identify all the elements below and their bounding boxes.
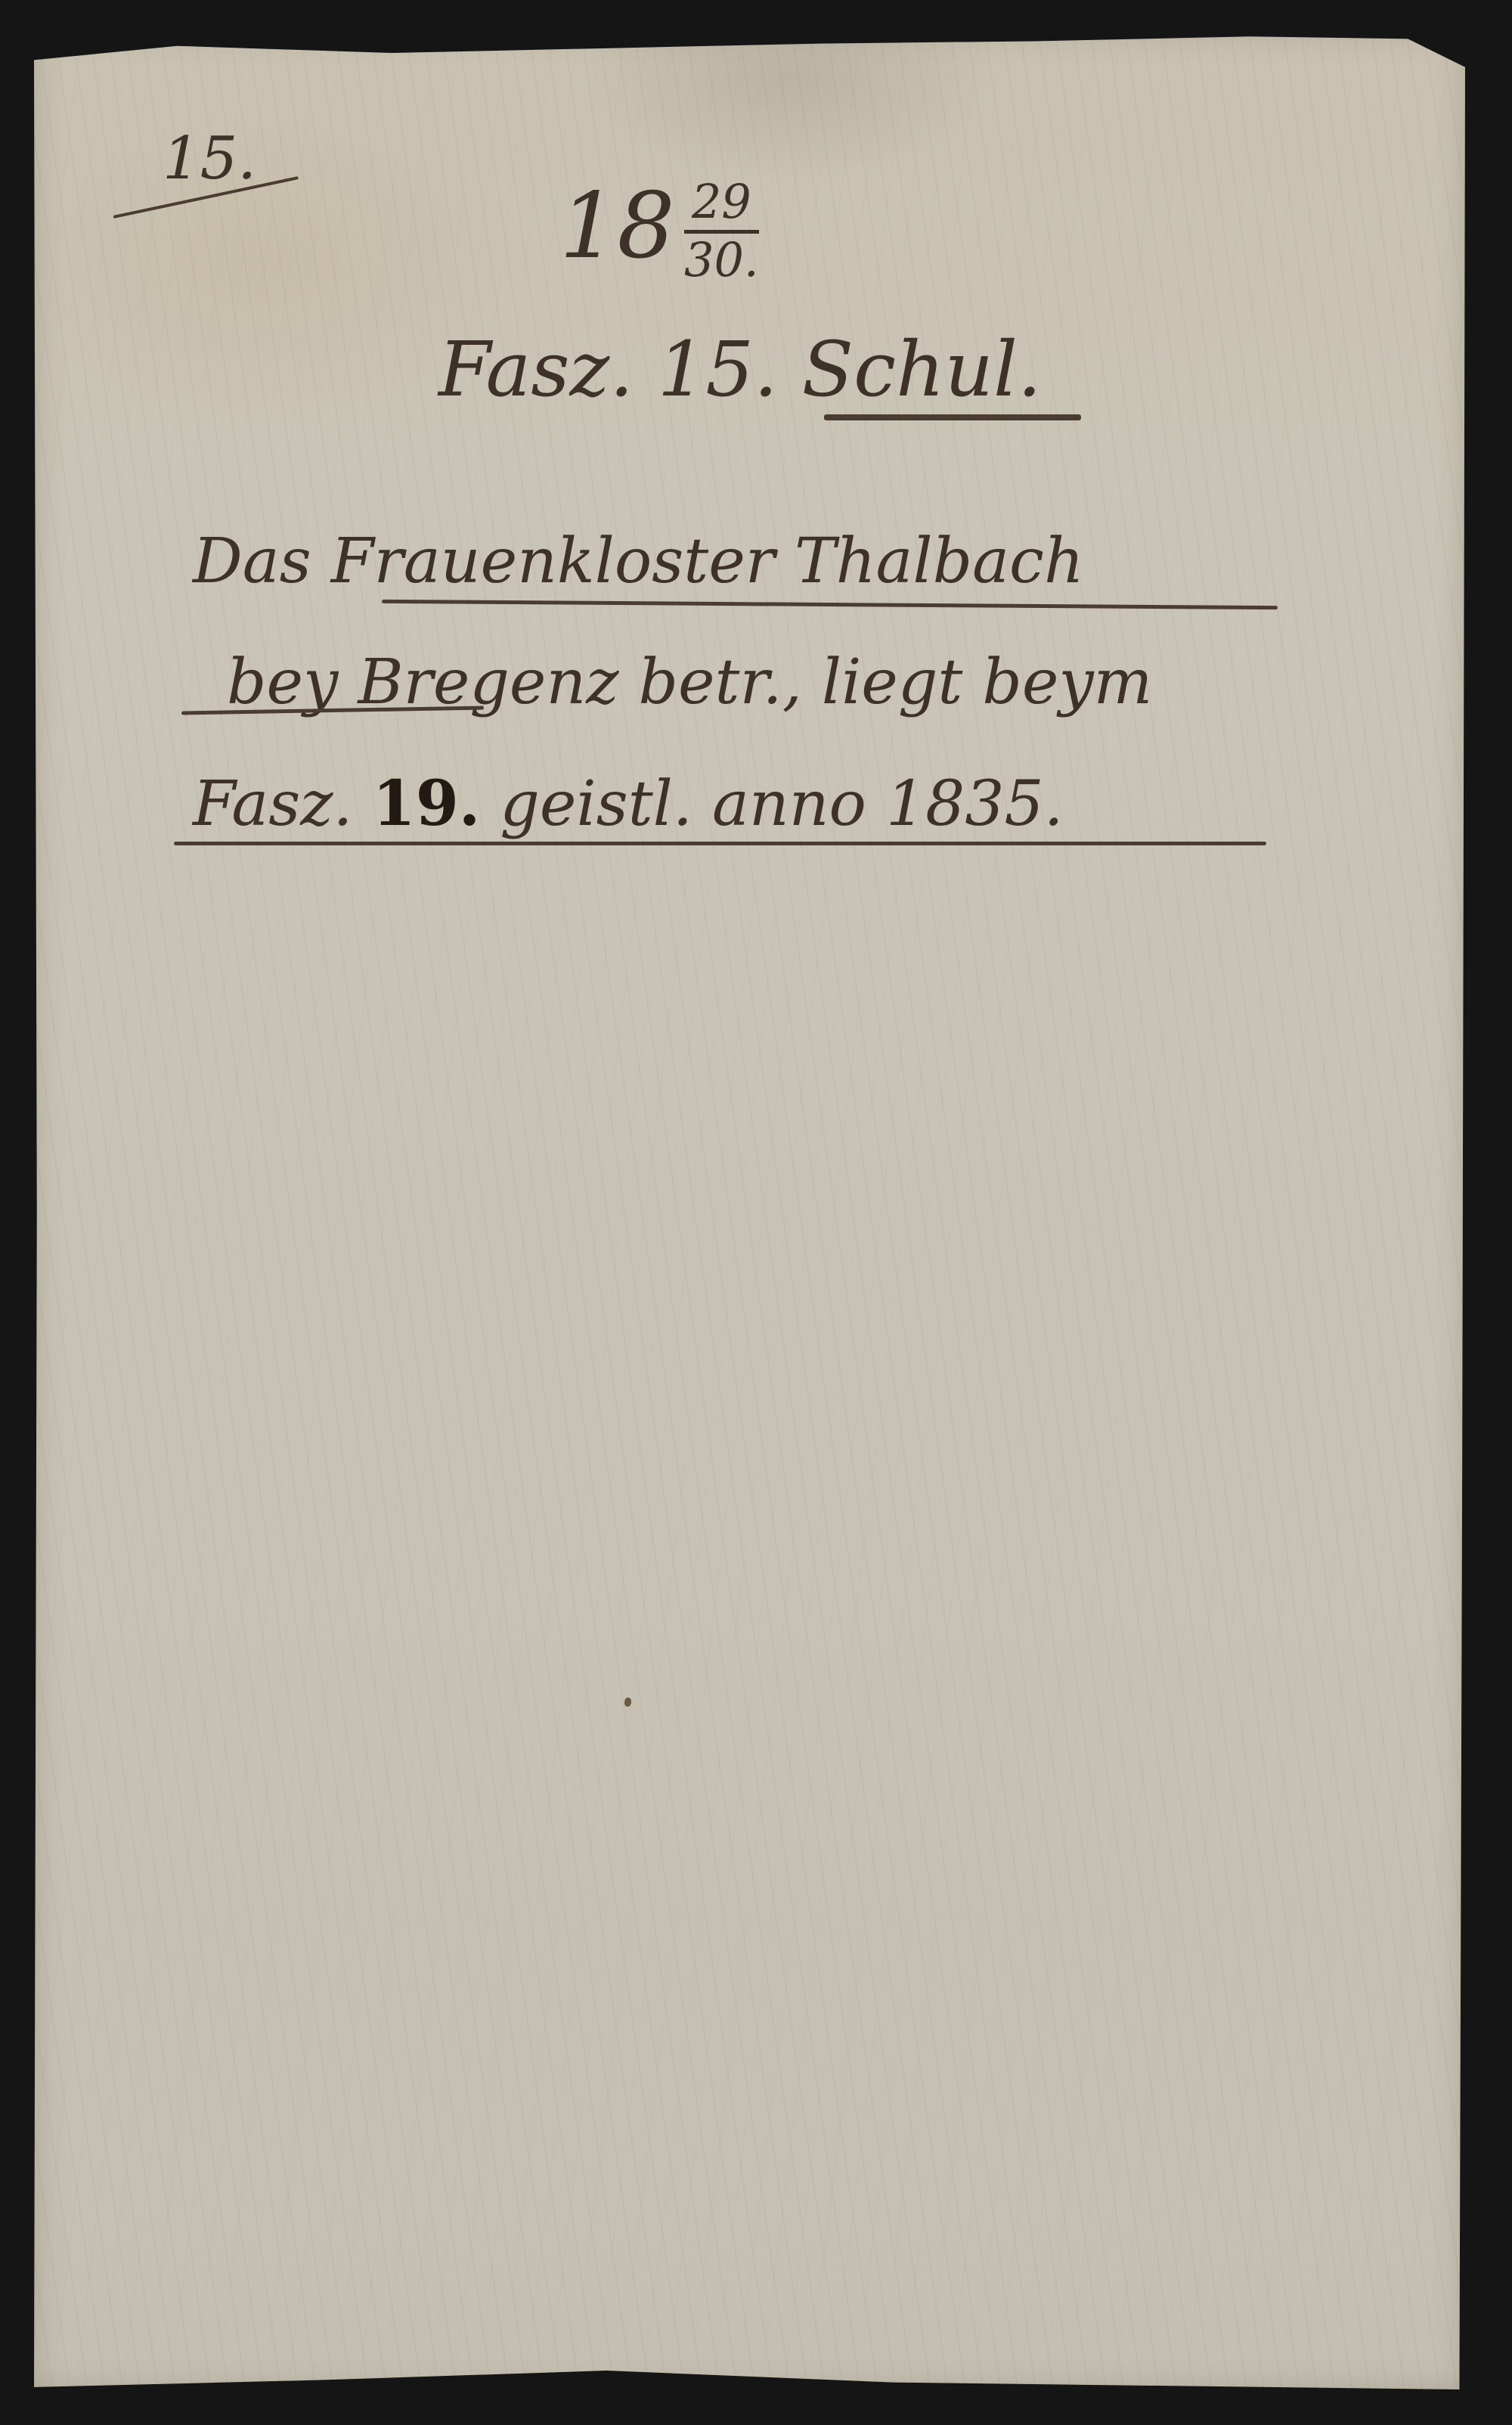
body-line-3: Fasz. 19. geistl. anno 1835. [193, 768, 1064, 840]
year-fraction: 29 30. [684, 178, 759, 284]
year-numerator: 29 [684, 178, 759, 234]
body-line-3-prefix: Fasz. [193, 768, 353, 840]
year-base: 18 [559, 174, 675, 279]
paper-speck [624, 1698, 631, 1707]
heading-prefix: Fasz. 15. [438, 325, 778, 414]
fascicle-number: 19. [373, 768, 481, 840]
body-line-1: Das Frauenkloster Thalbach [193, 526, 1084, 597]
heading-subject-underline [824, 414, 1081, 420]
year-denominator: 30. [684, 234, 759, 284]
heading-subject: Schul. [802, 325, 1042, 414]
corner-file-number: 15. [163, 125, 256, 193]
body-line-3-suffix: geistl. anno 1835. [500, 768, 1063, 840]
heading: Fasz. 15. Schul. [438, 325, 1042, 414]
body-line-3-underline [174, 842, 1266, 845]
